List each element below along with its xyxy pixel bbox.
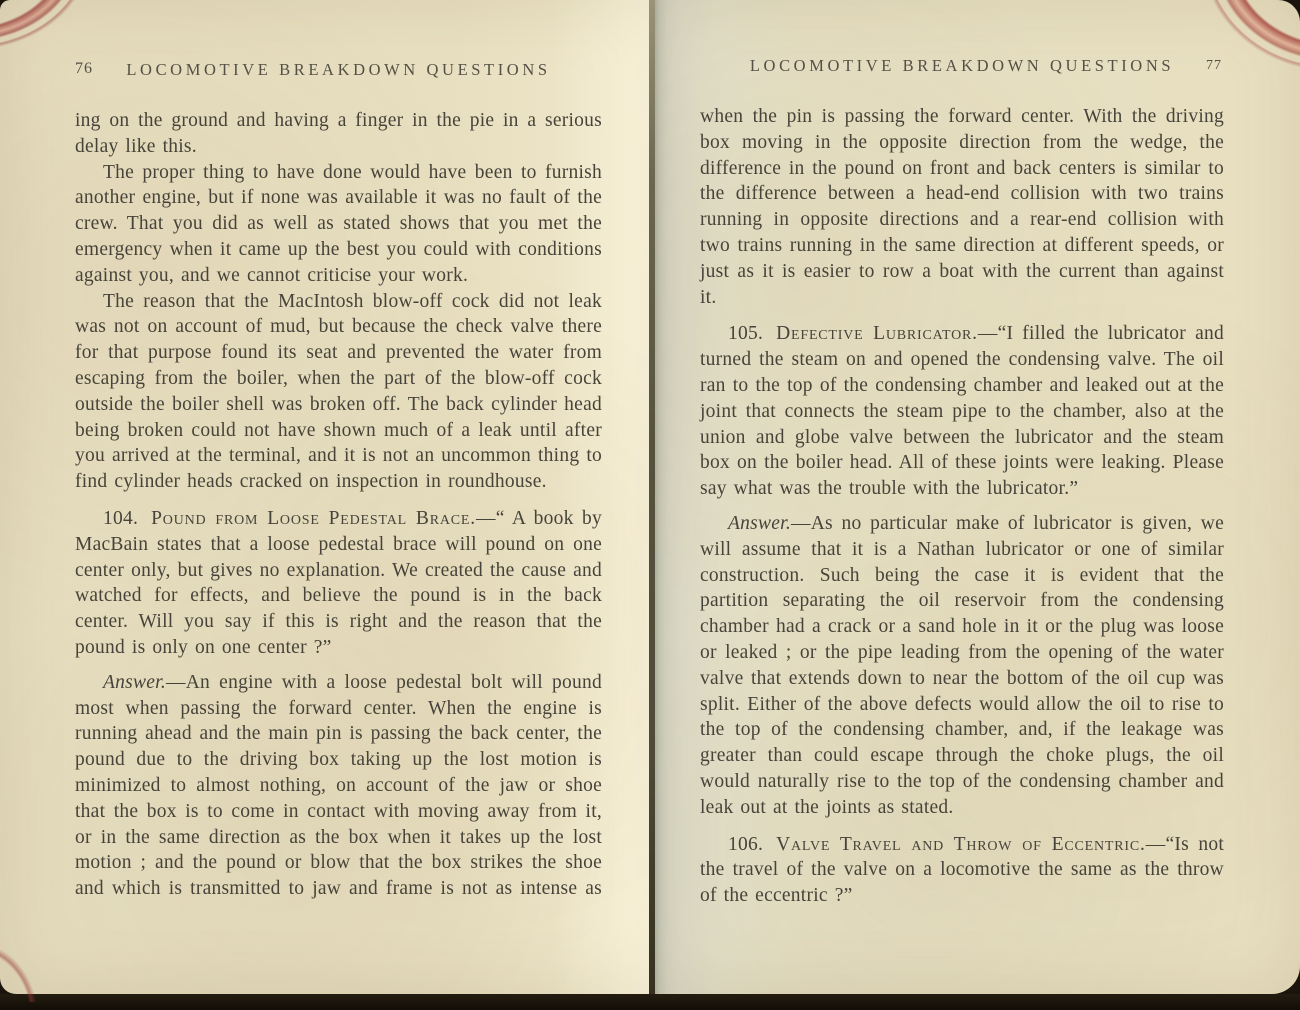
paragraph-continuation: ing on the ground and having a finger in… (75, 108, 602, 160)
page-number-left: 76 (75, 60, 93, 78)
book-spread: 76 LOCOMOTIVE BREAKDOWN QUESTIONS ing on… (0, 0, 1300, 1010)
question-text: —“ A book by MacBain states that a loose… (75, 508, 602, 658)
running-head-right: LOCOMOTIVE BREAKDOWN QUESTIONS (700, 56, 1224, 76)
page-right-header: LOCOMOTIVE BREAKDOWN QUESTIONS 77 (700, 56, 1224, 82)
page-left-header: 76 LOCOMOTIVE BREAKDOWN QUESTIONS (75, 60, 602, 86)
question-number: 106. (728, 834, 763, 855)
book-bottom-edge (0, 994, 1300, 1010)
question-number: 105. (728, 323, 763, 344)
paragraph: The reason that the MacIntosh blow-off c… (75, 289, 602, 495)
question-number: 104. (103, 508, 138, 529)
answer-text: —An engine with a loose pedestal bolt wi… (75, 672, 602, 899)
page-right-content: LOCOMOTIVE BREAKDOWN QUESTIONS 77 when t… (700, 56, 1224, 909)
answer-text: —As no particular make of lubricator is … (700, 513, 1224, 818)
book-gutter-shadow (649, 0, 655, 994)
page-left-content: 76 LOCOMOTIVE BREAKDOWN QUESTIONS ing on… (75, 60, 602, 902)
page-number-right: 77 (1206, 58, 1222, 74)
question-105: 105.Defective Lubricator.—“I filled the … (700, 321, 1224, 502)
paragraph: The proper thing to have done would have… (75, 160, 602, 289)
question-106: 106.Valve Travel and Throw of Eccentric.… (700, 832, 1224, 909)
page-left: 76 LOCOMOTIVE BREAKDOWN QUESTIONS ing on… (0, 0, 649, 994)
question-104: 104.Pound from Loose Pedestal Brace.—“ A… (75, 506, 602, 661)
question-heading: Pound from Loose Pedestal Brace. (151, 508, 476, 529)
paragraph-continuation: when the pin is passing the forward cent… (700, 104, 1224, 310)
question-text: —“I filled the lubricator and turned the… (700, 323, 1224, 499)
text-column-left: ing on the ground and having a finger in… (75, 108, 602, 902)
question-heading: Defective Lubricator. (776, 323, 978, 344)
running-head-left: LOCOMOTIVE BREAKDOWN QUESTIONS (75, 60, 602, 80)
page-right: LOCOMOTIVE BREAKDOWN QUESTIONS 77 when t… (655, 0, 1300, 994)
answer-lead: Answer. (728, 513, 791, 534)
answer-lead: Answer. (103, 672, 166, 693)
question-heading: Valve Travel and Throw of Eccentric. (776, 834, 1146, 855)
text-column-right: when the pin is passing the forward cent… (700, 104, 1224, 909)
answer-104: Answer.—An engine with a loose pedestal … (75, 670, 602, 902)
answer-105: Answer.—As no particular make of lubrica… (700, 511, 1224, 821)
